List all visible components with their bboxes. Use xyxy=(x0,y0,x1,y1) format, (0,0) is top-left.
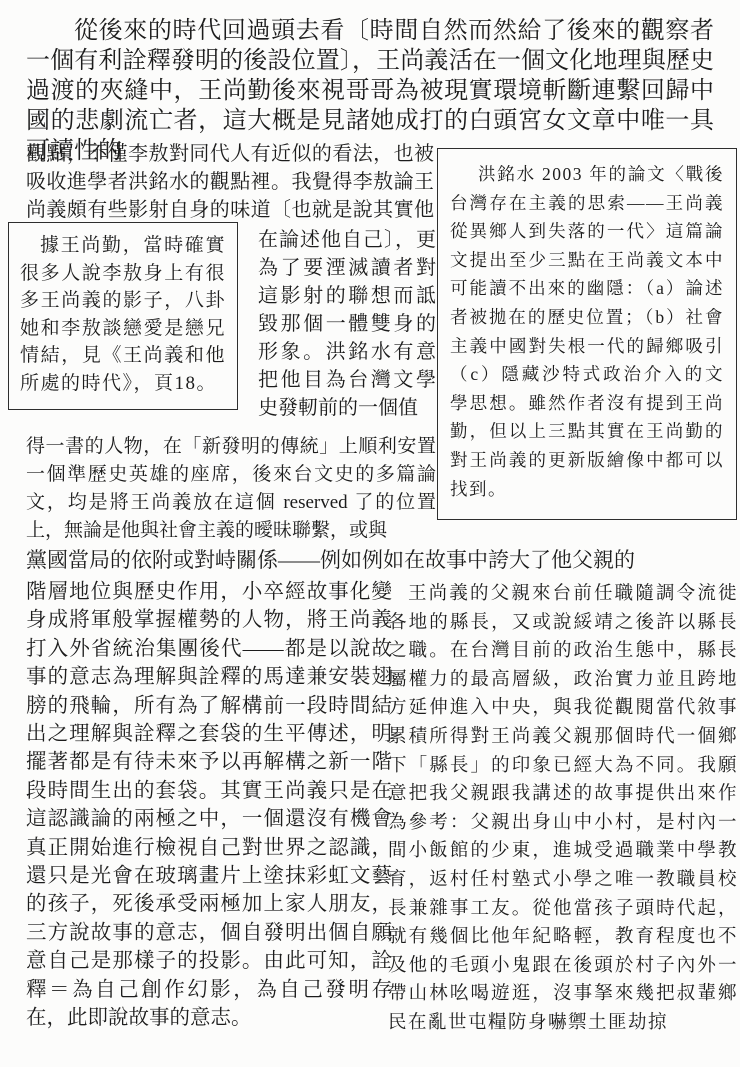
right-margin-note-box: 洪銘水 2003 年的論文〈戰後台灣存在主義的思索——王尚義從異鄉人到失落的一代… xyxy=(437,148,737,520)
main-paragraph-part-5: 黨國當局的依附或對峙關係——例如例如在故事中誇大了他父親的 xyxy=(26,547,716,574)
main-paragraph-part-3: 在論述他自己〕，更為了要湮滅讀者對這影射的聯想而詆毀那個一體雙身的形象。洪銘水有… xyxy=(258,226,436,422)
left-margin-note-box: 據王尚勤，當時確實很多人說李敖身上有很多王尚義的影子，八卦她和李敖談戀愛是戀兄情… xyxy=(8,222,238,410)
main-paragraph-part-6: 階層地位與歷史作用，小卒經故事化變身成將軍般掌握權勢的人物，將王尚義打入外省統治… xyxy=(26,578,392,1033)
main-paragraph-part-4: 得一書的人物，在「新發明的傳統」上順利安置一個準歷史英雄的座席，後來台文史的多篇… xyxy=(26,433,436,545)
father-anecdote-note: 王尚義的父親來台前任職隨調令流徙各地的縣長，又或說綏靖之後許以縣長之職。在台灣目… xyxy=(388,580,738,1038)
document-page: 從後來的時代回過頭去看〔時間自然而然給了後來的觀察者一個有利詮釋發明的後設位置〕… xyxy=(0,0,740,1067)
